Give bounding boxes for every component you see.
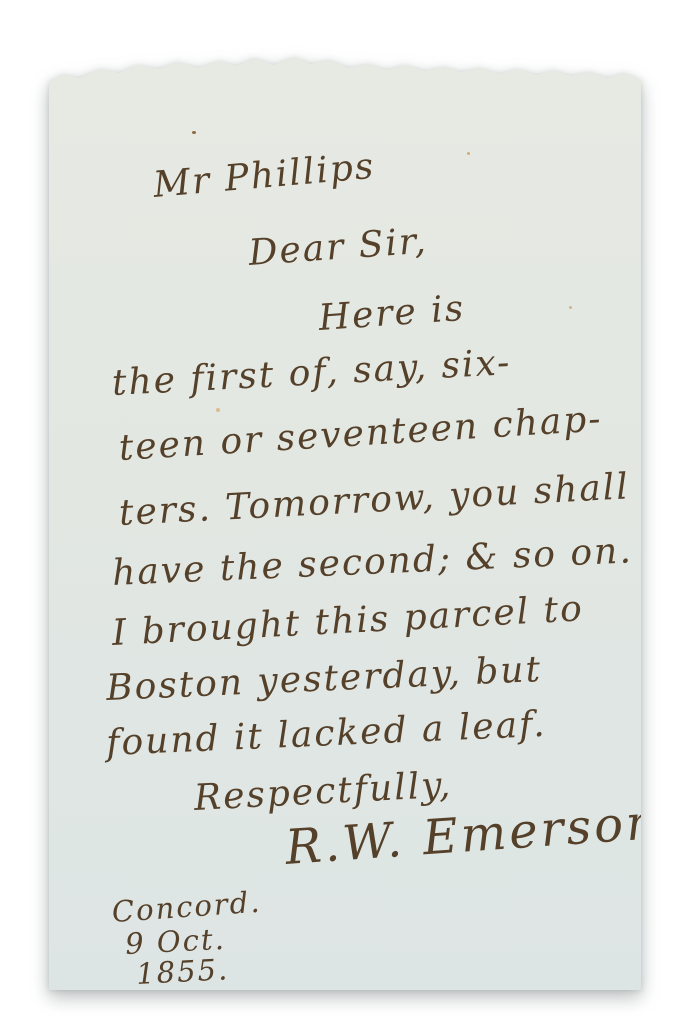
photo-background: Mr Phillips Dear Sir, Here is the first … [0, 0, 694, 1024]
letter-salutation-line: Dear Sir, [247, 224, 428, 272]
letter-paper: Mr Phillips Dear Sir, Here is the first … [49, 56, 641, 990]
letter-body-line: Here is [317, 291, 466, 337]
letter-body-line: I brought this parcel to [111, 591, 585, 652]
letter-place-line: Concord. [111, 888, 262, 927]
letter-body-line: the first of, say, six- [111, 345, 512, 402]
letter-body-line: found it lacked a leaf. [105, 707, 547, 762]
letter-year-line: 1855. [135, 955, 229, 989]
fox-spot [467, 152, 470, 155]
letter-closing-line: Respectfully, [193, 768, 453, 817]
letter-body-line: Boston yesterday, but [105, 652, 542, 707]
letter-body-line: teen or seventeen chap- [118, 401, 604, 467]
fox-spot [192, 131, 196, 134]
letter-paper-shadow: Mr Phillips Dear Sir, Here is the first … [49, 56, 641, 990]
letter-body-line: ters. Tomorrow, you shall [118, 469, 631, 532]
fox-spot [569, 306, 572, 309]
letter-body-line: have the second; & so on. [111, 533, 633, 592]
fox-spot [216, 408, 220, 412]
letter-recipient-line: Mr Phillips [152, 149, 377, 204]
